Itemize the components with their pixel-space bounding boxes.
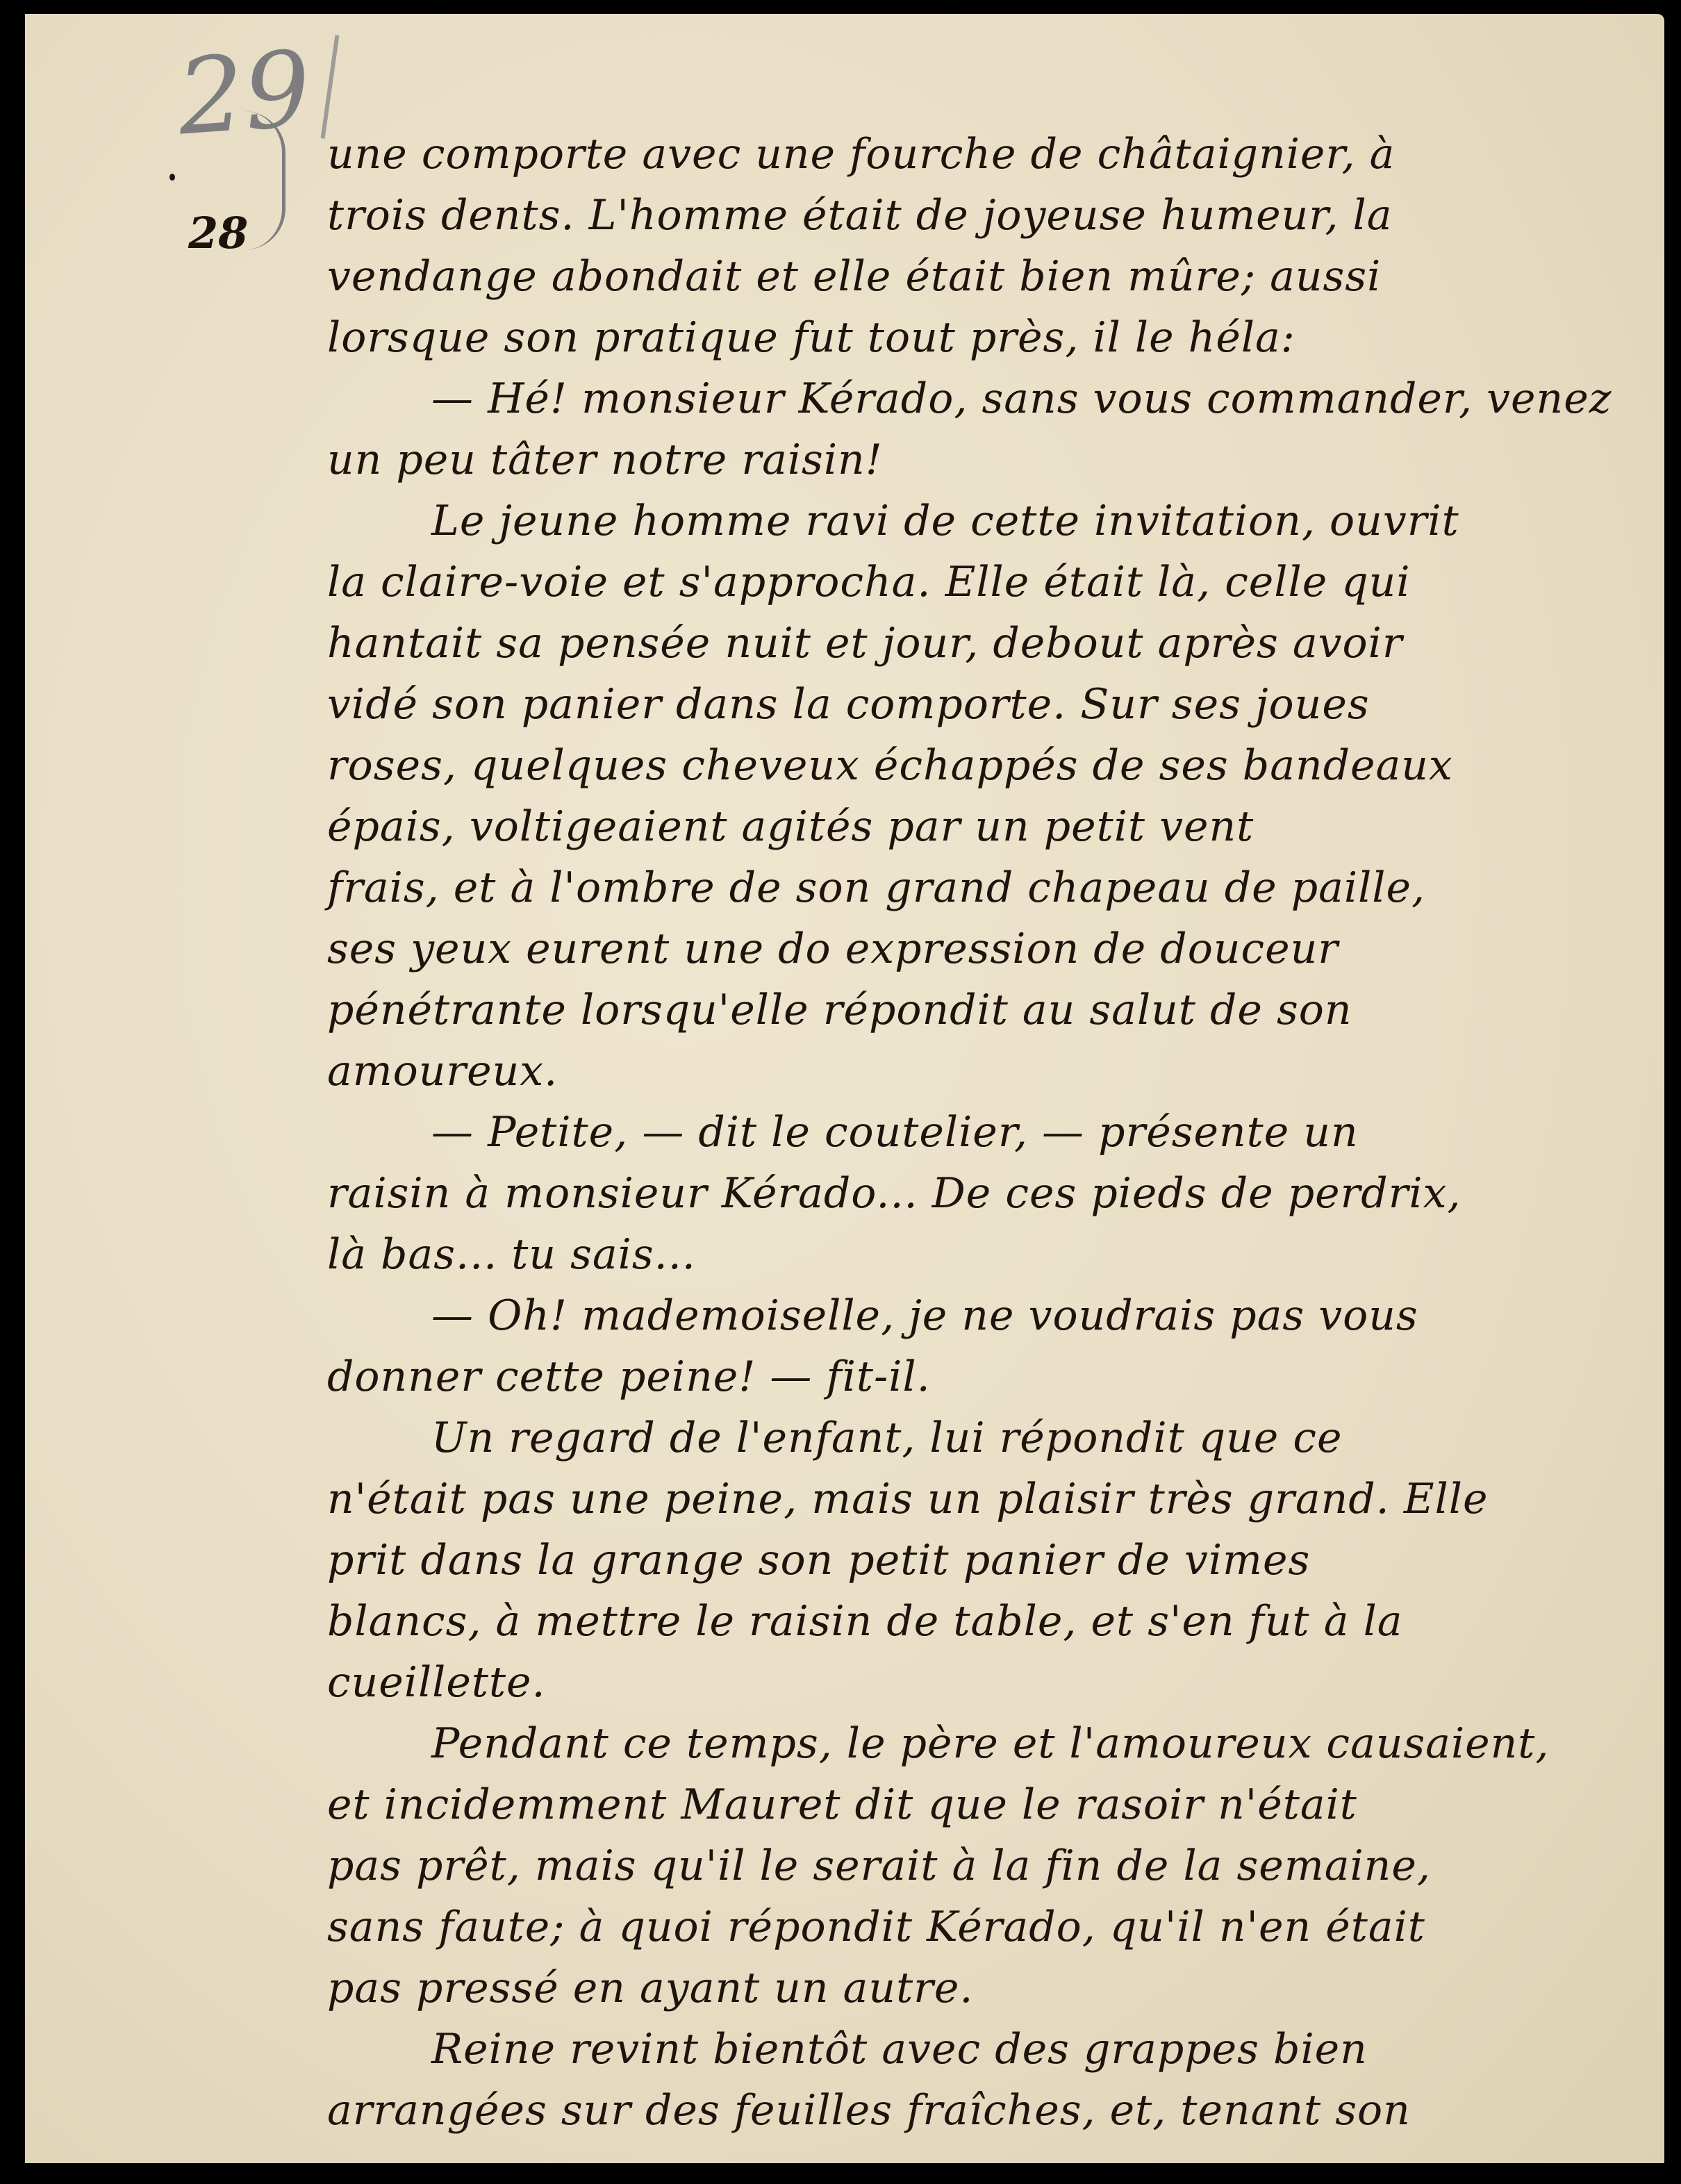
- text-line: vidé son panier dans la comporte. Sur se…: [327, 674, 1681, 735]
- manuscript-text: une comporte avec une fourche de châtaig…: [327, 124, 1681, 2141]
- text-line: une comporte avec une fourche de châtaig…: [327, 124, 1681, 185]
- text-line: arrangées sur des feuilles fraîches, et,…: [327, 2080, 1681, 2141]
- ink-page-number: 28: [188, 212, 248, 255]
- text-line: cueillette.: [327, 1652, 1681, 1713]
- manuscript-page: 29 28 une comporte avec une fourche de c…: [25, 14, 1664, 2163]
- text-line: Pendant ce temps, le père et l'amoureux …: [327, 1713, 1681, 1774]
- text-line: la claire-voie et s'approcha. Elle était…: [327, 552, 1681, 613]
- text-line: pas pressé en ayant un autre.: [327, 1958, 1681, 2019]
- text-line: frais, et à l'ombre de son grand chapeau…: [327, 857, 1681, 918]
- ink-dot: [169, 174, 175, 181]
- text-line: pas prêt, mais qu'il le serait à la fin …: [327, 1835, 1681, 1896]
- text-line: Le jeune homme ravi de cette invitation,…: [327, 490, 1681, 552]
- text-line: n'était pas une peine, mais un plaisir t…: [327, 1469, 1681, 1530]
- text-line: pénétrante lorsqu'elle répondit au salut…: [327, 979, 1681, 1041]
- text-line: roses, quelques cheveux échappés de ses …: [327, 735, 1681, 796]
- text-line: — Hé! monsieur Kérado, sans vous command…: [327, 368, 1681, 429]
- text-line: raisin à monsieur Kérado... De ces pieds…: [327, 1163, 1681, 1224]
- text-line: un peu tâter notre raisin!: [327, 429, 1681, 490]
- text-line: Un regard de l'enfant, lui répondit que …: [327, 1407, 1681, 1469]
- text-line: amoureux.: [327, 1041, 1681, 1102]
- text-line: trois dents. L'homme était de joyeuse hu…: [327, 185, 1681, 246]
- text-line: — Petite, — dit le coutelier, — présente…: [327, 1102, 1681, 1163]
- text-line: blancs, à mettre le raisin de table, et …: [327, 1591, 1681, 1652]
- text-line: donner cette peine! — fit-il.: [327, 1346, 1681, 1407]
- text-line: lorsque son pratique fut tout près, il l…: [327, 307, 1681, 368]
- text-line: là bas... tu sais...: [327, 1224, 1681, 1285]
- text-line: Reine revint bientôt avec des grappes bi…: [327, 2019, 1681, 2080]
- text-line: ses yeux eurent une do expression de dou…: [327, 918, 1681, 979]
- text-line: prit dans la grange son petit panier de …: [327, 1530, 1681, 1591]
- text-line: épais, voltigeaient agités par un petit …: [327, 796, 1681, 857]
- text-line: hantait sa pensée nuit et jour, debout a…: [327, 613, 1681, 674]
- text-line: et incidemment Mauret dit que le rasoir …: [327, 1774, 1681, 1835]
- text-line: — Oh! mademoiselle, je ne voudrais pas v…: [327, 1285, 1681, 1346]
- text-line: sans faute; à quoi répondit Kérado, qu'i…: [327, 1896, 1681, 1958]
- text-line: vendange abondait et elle était bien mûr…: [327, 246, 1681, 307]
